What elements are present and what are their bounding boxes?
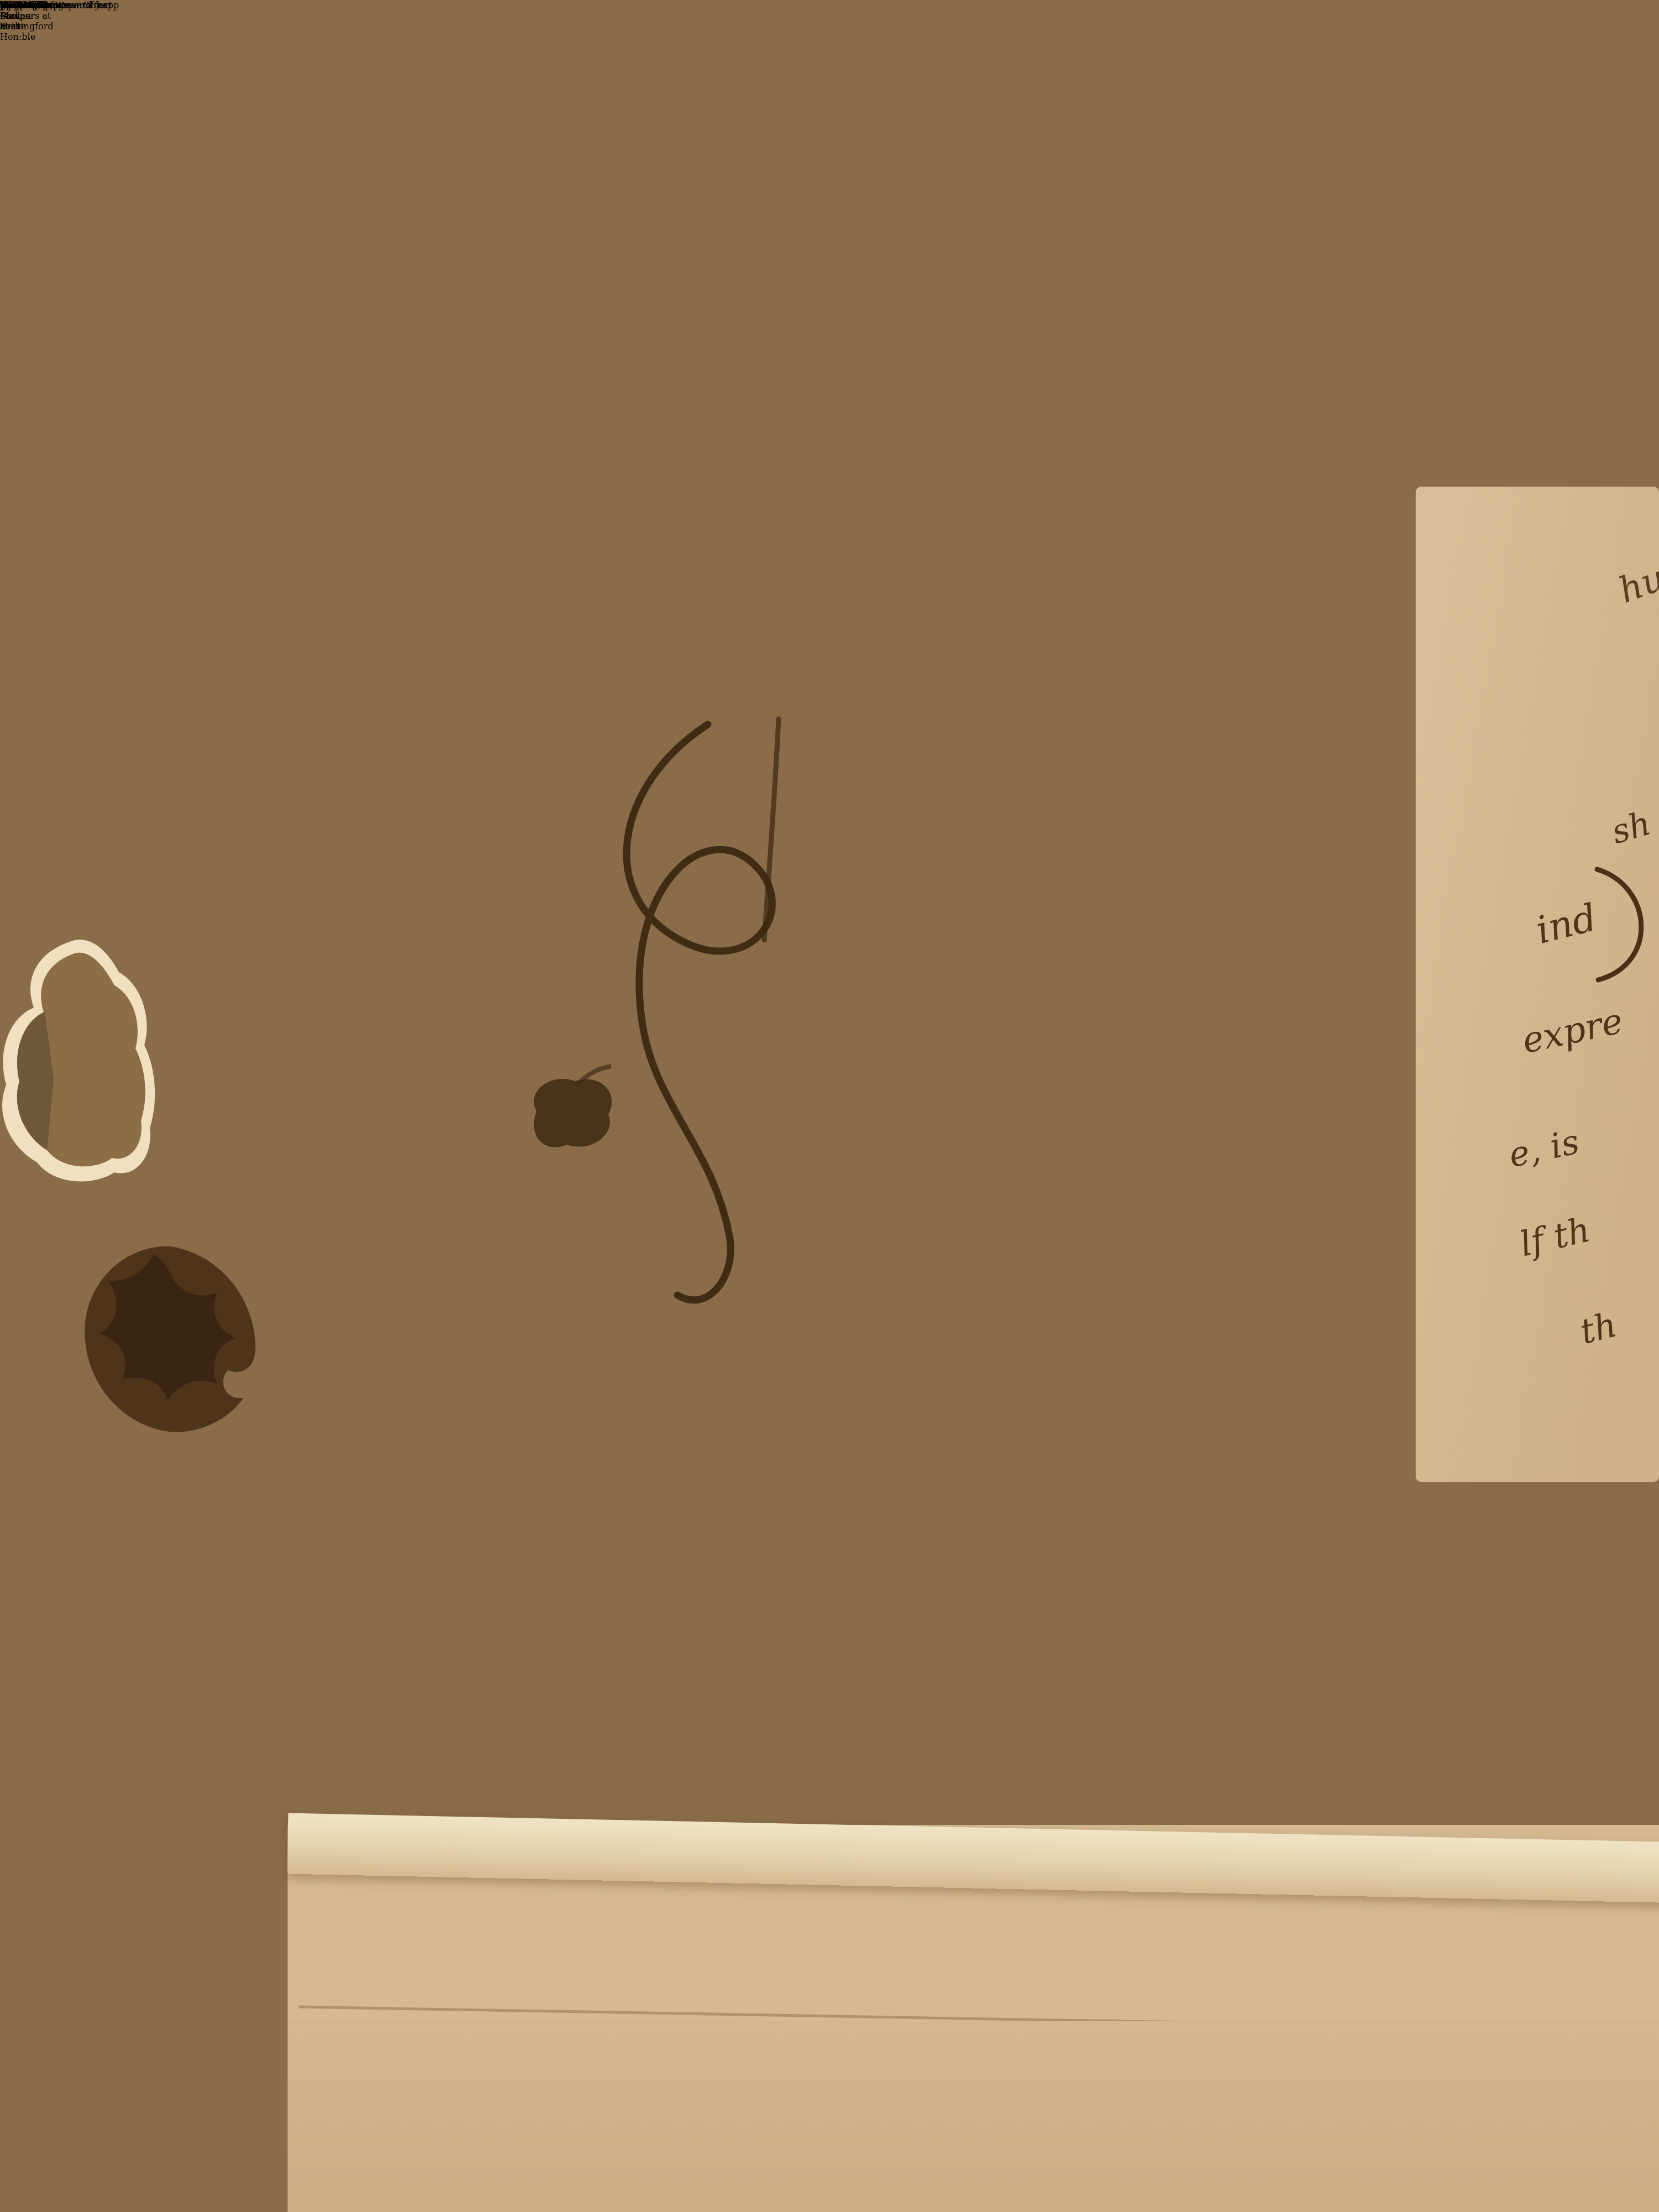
ink-dots: . . .	[0, 0, 3, 32]
wax-seal-stamp	[61, 1234, 282, 1455]
paper-hole	[0, 935, 163, 1194]
bottom-page-lower	[288, 2021, 1659, 2212]
pen-flourish	[1586, 863, 1659, 990]
ink-blot	[503, 1062, 625, 1161]
pen-flourish	[514, 708, 824, 1327]
manuscript-photo: hu sh ind expre e, is lf th th me. I thi…	[0, 0, 1659, 2212]
